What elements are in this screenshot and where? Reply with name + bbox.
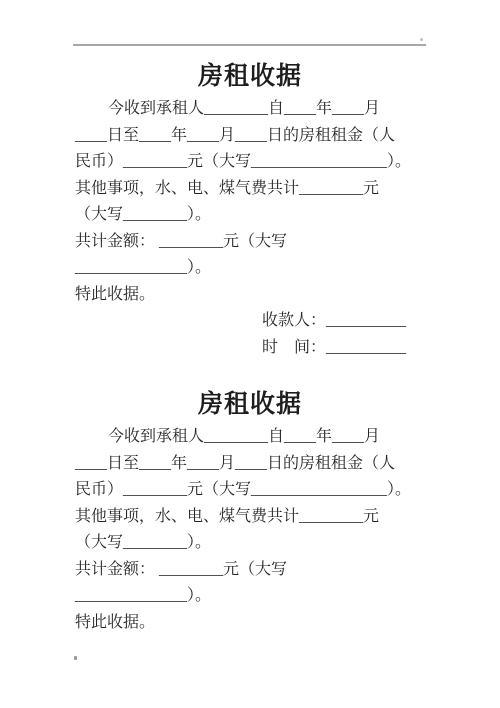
receipt-line: 其他事项，水、电、煤气费共计________元 [75,504,425,531]
receipt-line: ______________）。 [75,255,425,282]
receipt-line: 共计金额： ________元（大写 [75,557,425,584]
scan-artifact-dot-top [420,38,423,41]
receipt-line: 民币）________元（大写_________________）。 [75,149,425,176]
receipt-line: 民币）________元（大写_________________）。 [75,477,425,504]
date-signature-line: 时 间：__________ [75,335,425,362]
document-page: 房租收据 今收到承租人________自____年____月 ____日至___… [0,0,500,708]
receipt-line: （大写________）。 [75,202,425,229]
receipt-line: 共计金额： ________元（大写 [75,229,425,256]
receipt-line: （大写________）。 [75,530,425,557]
receipt-line: ____日至____年____月____日的房租租金（人 [75,451,425,478]
scan-artifact-dot-bottom [74,656,77,660]
payee-signature-line: 收款人：__________ [75,308,425,335]
receipt-line: 今收到承租人________自____年____月 [75,96,425,123]
receipt-line: ____日至____年____月____日的房租租金（人 [75,123,425,150]
receipt-title: 房租收据 [75,386,425,424]
receipt-title: 房租收据 [75,58,425,96]
receipt-1: 房租收据 今收到承租人________自____年____月 ____日至___… [75,58,425,361]
receipt-line: 今收到承租人________自____年____月 [75,424,425,451]
receipt-line: 其他事项，水、电、煤气费共计________元 [75,176,425,203]
receipt-2: 房租收据 今收到承租人________自____年____月 ____日至___… [75,386,425,636]
receipt-line: 特此收据。 [75,610,425,637]
page-content: 房租收据 今收到承租人________自____年____月 ____日至___… [75,46,425,636]
receipt-line: 特此收据。 [75,282,425,309]
receipt-line: ______________）。 [75,583,425,610]
